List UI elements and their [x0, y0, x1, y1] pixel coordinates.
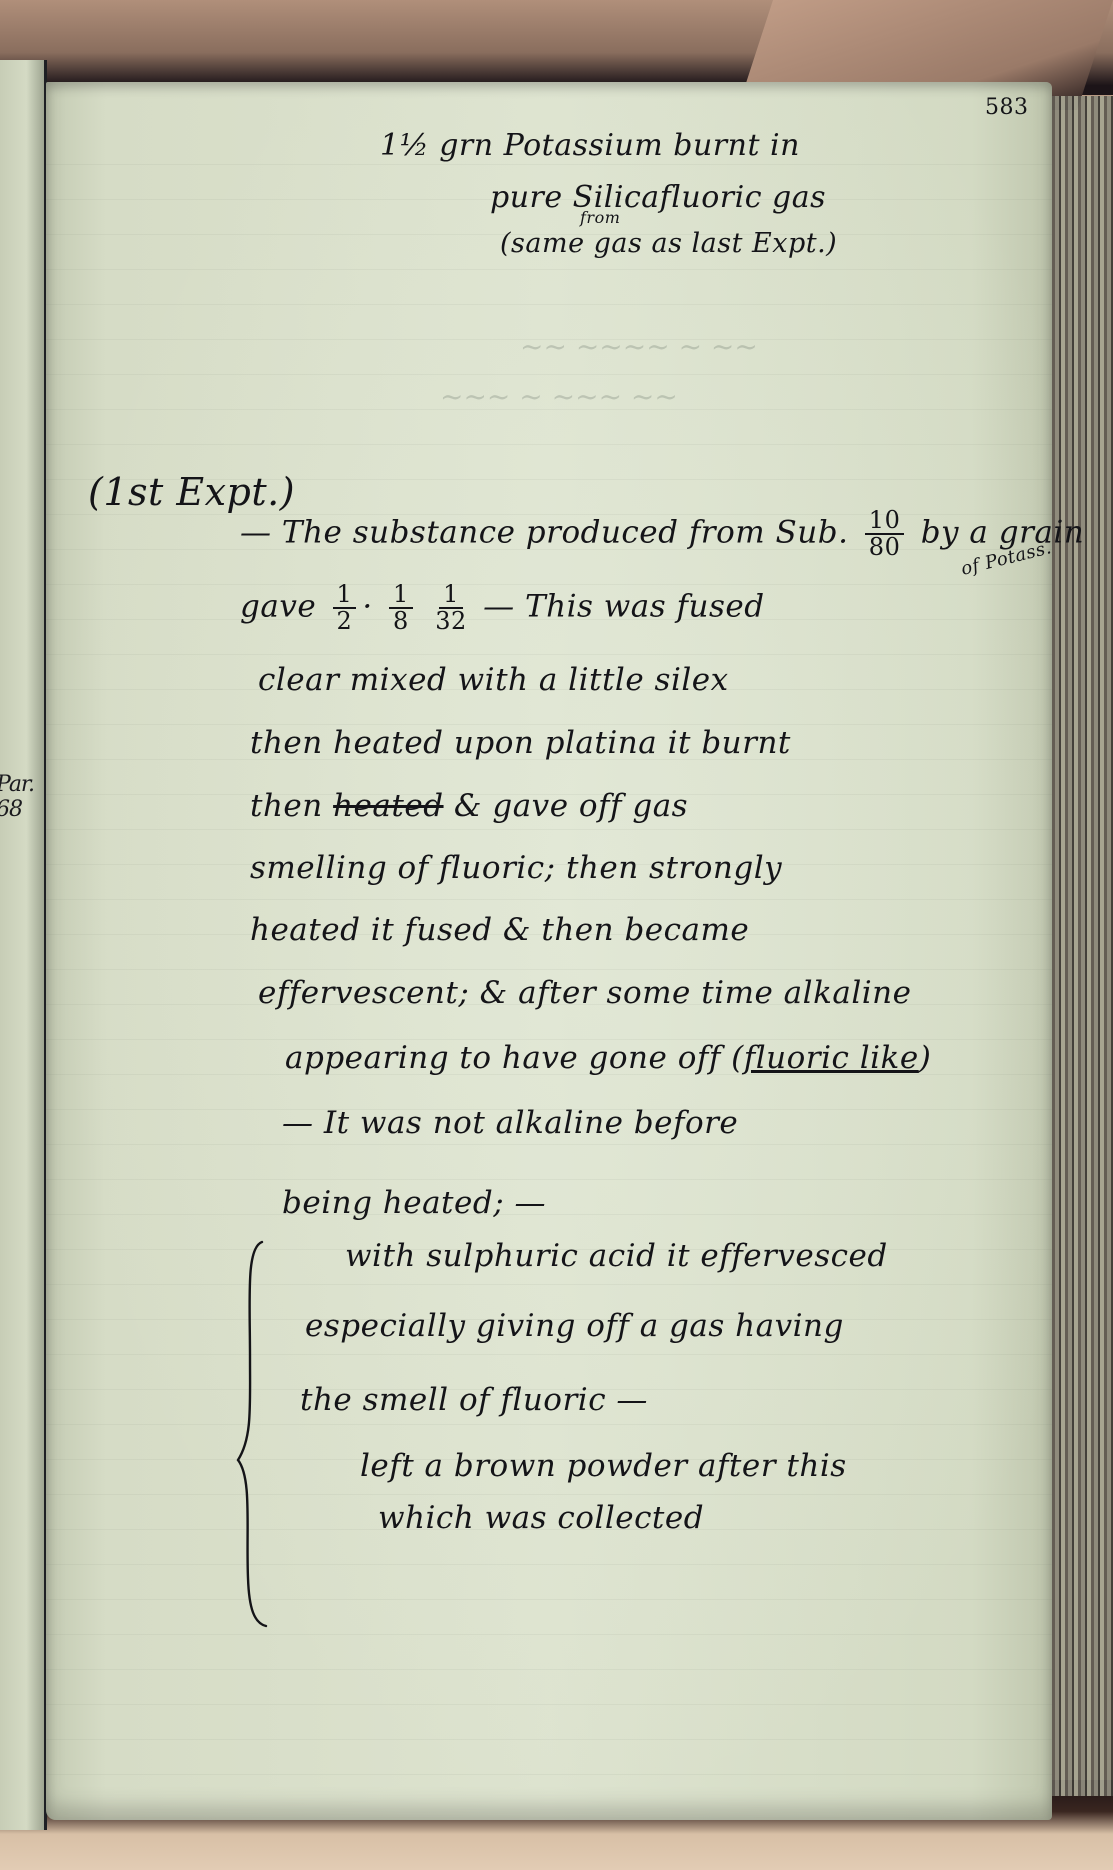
- show-through-text: ~~~ ~ ~~~ ~~: [440, 380, 678, 413]
- body-line-9: appearing to have gone off (fluoric like…: [285, 1040, 931, 1076]
- body-text: then: [250, 788, 323, 824]
- body-line-8: effervescent; & after some time alkaline: [258, 975, 911, 1011]
- struck-text: heated: [333, 788, 443, 824]
- body-line-2: gave 1 2 · 1 8 1 32 — This was fused: [240, 582, 765, 634]
- fraction: 1 2: [333, 582, 357, 634]
- fraction-denominator: 32: [435, 609, 467, 634]
- fraction-denominator: 80: [869, 535, 901, 560]
- underlined-text: fluoric like: [744, 1040, 919, 1076]
- body-line-7: heated it fused & then became: [250, 912, 749, 948]
- fraction-denominator: 8: [393, 609, 409, 634]
- bracket-note-line-5: which was collected: [378, 1500, 704, 1536]
- heading-insert: from: [580, 208, 620, 227]
- margin-note: Par. 68: [0, 772, 44, 822]
- bracket-note-line-3: the smell of fluoric —: [300, 1382, 648, 1418]
- bracket-note-line-2: especially giving off a gas having: [305, 1308, 844, 1344]
- bracket-note-line-4: left a brown powder after this: [360, 1448, 847, 1484]
- page-number: 583: [985, 95, 1029, 120]
- body-text: gave: [240, 589, 316, 625]
- fraction-numerator: 1: [389, 582, 413, 609]
- heading-line-2: pure Silicafluoric gas: [490, 180, 826, 215]
- body-text: — The substance produced from Sub.: [240, 515, 848, 551]
- body-line-6: smelling of fluoric; then strongly: [250, 850, 782, 886]
- heading-line-3: (same gas as last Expt.): [500, 228, 837, 259]
- fraction: 1 32: [435, 582, 467, 634]
- body-line-10: — It was not alkaline before: [282, 1105, 738, 1141]
- body-line-11: being heated; —: [282, 1185, 546, 1221]
- show-through-text: ~~ ~~~~ ~ ~~: [520, 330, 758, 363]
- fraction-numerator: 1: [439, 582, 463, 609]
- body-line-5: then heated & gave off gas: [250, 788, 688, 824]
- fraction-numerator: 1: [333, 582, 357, 609]
- body-text: & gave off gas: [454, 788, 688, 824]
- previous-page-edge: Par. 68: [0, 60, 47, 1830]
- body-text: by a grain: [921, 515, 1085, 551]
- fraction-numerator: 10: [865, 508, 905, 535]
- body-text: ): [919, 1040, 932, 1076]
- fraction-denominator: 2: [337, 609, 353, 634]
- fraction: 1 8: [389, 582, 413, 634]
- body-line-4: then heated upon platina it burnt: [250, 725, 791, 761]
- body-text: — This was fused: [483, 589, 765, 625]
- fraction: 10 80: [865, 508, 905, 560]
- body-line-3: clear mixed with a little silex: [258, 662, 729, 698]
- bracket-note-line-1: with sulphuric acid it effervesced: [345, 1238, 888, 1274]
- heading-line-1: 1½ grn Potassium burnt in: [380, 128, 800, 163]
- body-text: appearing to have gone off (: [285, 1040, 744, 1076]
- book-fore-edge: [1052, 96, 1113, 1796]
- curly-brace-icon: [232, 1238, 272, 1628]
- body-line-1: — The substance produced from Sub. 10 80…: [240, 508, 1084, 560]
